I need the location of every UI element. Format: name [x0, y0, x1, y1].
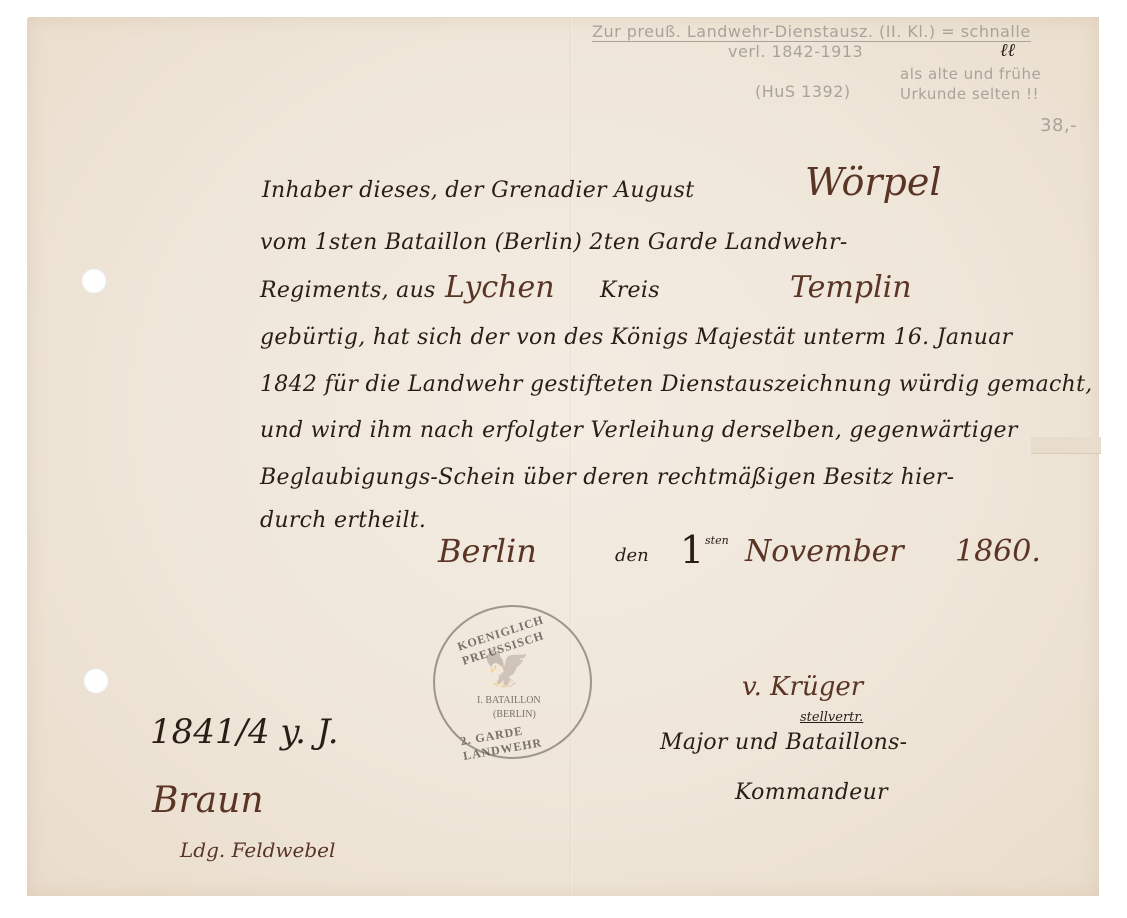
eagle-icon: 🦅 [483, 647, 530, 691]
body-line-7: Beglaubigungs-Schein über deren rechtmäß… [260, 465, 954, 490]
seal-battalion: I. BATAILLON [477, 695, 541, 706]
official-seal: KOENIGLICH PREUSSISCH 🦅 I. BATAILLON (BE… [433, 605, 592, 759]
body-line-8: durch ertheilt. [260, 508, 426, 533]
certificate-paper [27, 17, 1099, 896]
birthplace: Lychen [445, 270, 555, 305]
date-den: den [615, 545, 649, 566]
deputy-note: stellvertr. [800, 710, 863, 725]
body-line-2: vom 1sten Bataillon (Berlin) 2ten Garde … [260, 230, 848, 255]
date-month: November [745, 534, 904, 569]
commander-signature: v. Krüger [742, 672, 863, 702]
sergeant-signature: Braun [152, 780, 264, 821]
date-day: 1 [680, 528, 704, 572]
sergeant-title: Ldg. Feldwebel [180, 838, 335, 862]
body-line-4: gebürtig, hat sich der von des Königs Ma… [260, 325, 1012, 350]
center-fold [570, 17, 572, 896]
seal-city: (BERLIN) [493, 709, 536, 720]
pencil-note-rarity-2: Urkunde selten !! [900, 85, 1039, 103]
commander-title-1: Major und Bataillons- [660, 730, 907, 755]
body-line-6: und wird ihm nach erfolgter Verleihung d… [260, 418, 1018, 443]
pencil-note-rarity-1: als alte und frühe [900, 65, 1041, 83]
body-line-3: Regiments, aus [260, 278, 436, 303]
pencil-note-price: 38,- [1040, 115, 1077, 136]
torn-edge [1031, 437, 1101, 454]
pencil-note-catalog: (HuS 1392) [755, 82, 851, 101]
date-day-suffix: sten [705, 534, 729, 547]
district: Templin [790, 270, 912, 305]
ink-mark: ℓℓ [1000, 40, 1015, 61]
recipient-surname: Wörpel [805, 160, 942, 204]
body-line-5: 1842 für die Landwehr gestifteten Dienst… [260, 372, 1093, 397]
date-year: 1860. [955, 534, 1041, 569]
punch-hole-bottom [83, 668, 109, 694]
pencil-note-years: verl. 1842-1913 [728, 42, 863, 61]
commander-title-2: Kommandeur [735, 780, 888, 805]
pencil-note-title: Zur preuß. Landwehr-Dienstausz. (II. Kl.… [592, 22, 1031, 42]
district-label: Kreis [600, 278, 660, 303]
body-line-1: Inhaber dieses, der Grenadier August [262, 178, 694, 203]
registry-reference: 1841/4 y. J. [150, 712, 339, 752]
punch-hole-top [81, 268, 107, 294]
date-place: Berlin [438, 532, 537, 570]
